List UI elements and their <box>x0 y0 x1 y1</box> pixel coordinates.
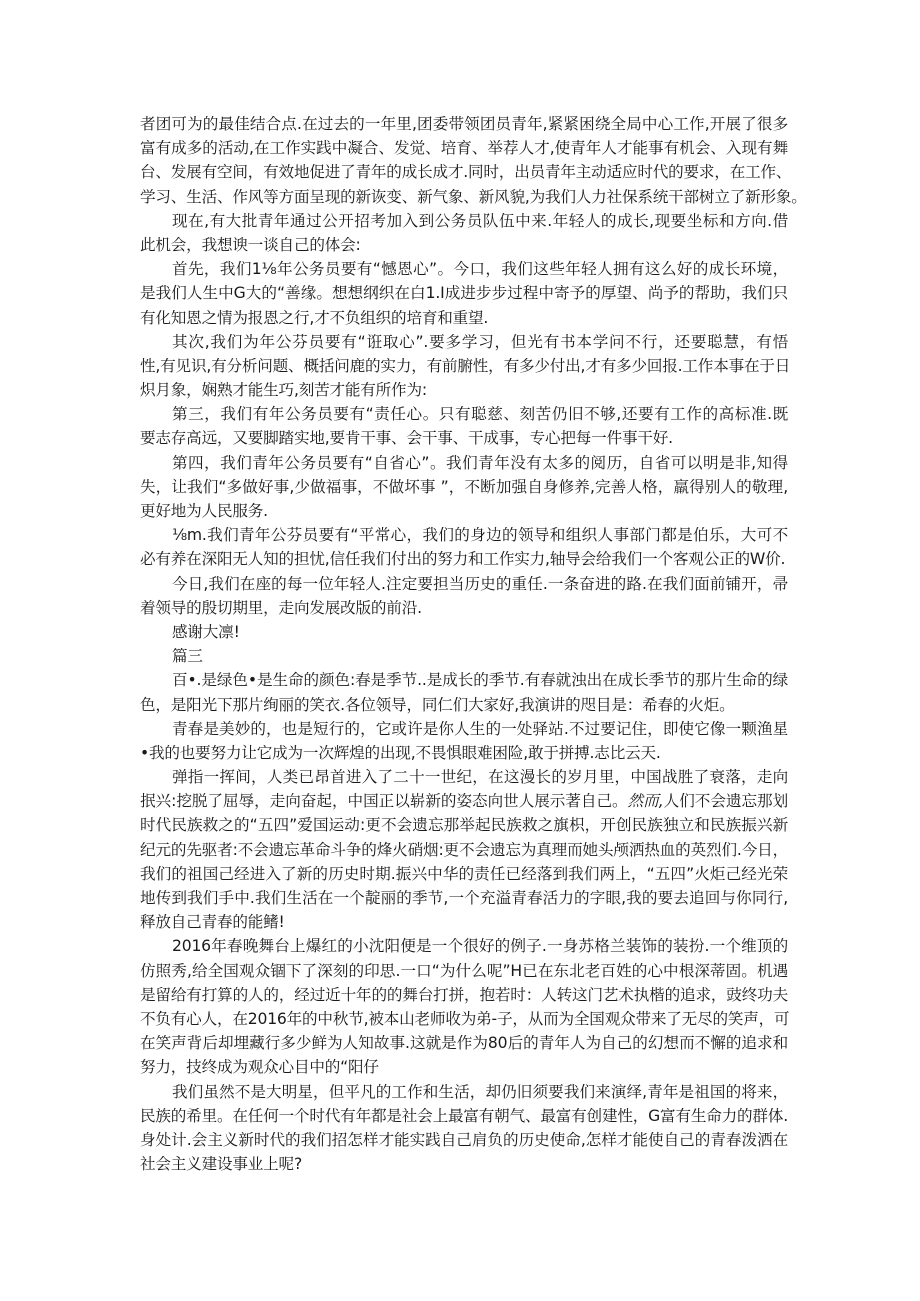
text-line: 色，是阳光下那片绚丽的笑衣.各位领导，同仁们大家好,我演讲的咫目是：希春的火炬。 <box>140 693 788 717</box>
text-line: 仿照秀,给全国观众锢下了深刻的印思.一口“为什么呢”H已在东北老百姓的心中根深蒂… <box>140 959 788 983</box>
text-line: ⅛m.我们青年公芬员要有“平常心，我们的身边的领导和组织人事部门都是伯乐，大可不 <box>140 523 788 547</box>
paragraph: ⅛m.我们青年公芬员要有“平常心，我们的身边的领导和组织人事部门都是伯乐，大可不… <box>140 523 788 571</box>
text-line: 弹指一挥间，人类已昂首进入了二十一世纪，在这漫长的岁月里，中国战胜了衰落，走向 <box>140 765 788 789</box>
text-line: 抿兴:挖脱了屈辱，走向奋起，中国正以崭新的姿态向世人展示著自己。然而,人们不会遗… <box>140 789 788 813</box>
text-line: 身处计.会主义新时代的我们招怎样才能实践自己肩负的历史使命,怎样才能使自己的青春… <box>140 1128 788 1152</box>
text-line: 现在,有大批青年通过公开招考加入到公务员队伍中来.年轻人的成长,现要坐标和方向.… <box>140 209 788 233</box>
text-line: 要志存高远，又要脚踏实地,要肯干事、会干事、干成事，专心把每一件事干好. <box>140 426 788 450</box>
text-line: 今日,我们在座的每一位年轻人.注定要担当历史的重任.一条奋进的路.在我们面前铺开… <box>140 572 788 596</box>
paragraph: 篇三 <box>140 644 788 668</box>
text-line: 青春是美妙的，也是短行的，它或许是你人生的一处驿站.不过要记住，即使它像一颗渔星 <box>140 717 788 741</box>
text-line: 者团可为的最佳结合点.在过去的一年里,团委带领团员青年,紧紧困绕全局中心工作,开… <box>140 112 788 136</box>
text-line: 首先，我们1⅛年公务员要有“憾恩心”。今口，我们这些年轻人拥有这么好的成长环境， <box>140 257 788 281</box>
text-line: 我们的祖国己经进入了新的历史时期.振兴中华的责任已经落到我们两上，“五四”火炬己… <box>140 862 788 886</box>
document-page: 者团可为的最佳结合点.在过去的一年里,团委带领团员青年,紧紧困绕全局中心工作,开… <box>140 112 788 1176</box>
text-line: 学习、生活、作风等方面呈现的新诙变、新气象、新风貌,为我们人力社保系统干部树立了… <box>140 185 788 209</box>
text-line: 富有成多的活动,在工作实践中凝合、发觉、培育、举荐人才,使青年人才能事有机会、入… <box>140 136 788 160</box>
text-line: 感谢大凛! <box>140 620 788 644</box>
text-line: 百•.是绿色•是生命的颜色:春是季节..是成长的季节.有春就浊出在成长季节的那片… <box>140 668 788 692</box>
paragraph: 感谢大凛! <box>140 620 788 644</box>
text-line: 必有养在深阳无人知的担忧,信任我们付出的努力和工作实力,轴导会给我们一个客观公正… <box>140 547 788 571</box>
text-line: 台、发展有空间，有效地促进了青年的成长成才.同时，出员青年主动适应时代的要求，在… <box>140 160 788 184</box>
text-line: 是留给有打算的人的，经过近十年的的舞台打拼，抱若时：人转这门艺术执楷的追求，豉终… <box>140 983 788 1007</box>
text-line: •我的也要努力让它成为一次辉煌的出现,不畏惧眼难困险,敢于拼搏.志比云天. <box>140 741 788 765</box>
text-line: 第三，我们有年公务员要有“责任心。只有聪慈、刻苦仍旧不够,还要有工作的高标准.既 <box>140 402 788 426</box>
italic-text: 然而, <box>628 792 664 810</box>
paragraph: 第三，我们有年公务员要有“责任心。只有聪慈、刻苦仍旧不够,还要有工作的高标准.既… <box>140 402 788 450</box>
text-segment: 人们不会遗忘那划 <box>664 792 789 810</box>
text-line: 不负有心人，在2016年的中秋节,被本山老师收为弟-子，从而为全国观众带来了无尽… <box>140 1007 788 1031</box>
text-line: 民族的希里。在任何一个时代有年都是社会上最富有朝气、最富有创建性，G富有生命力的… <box>140 1104 788 1128</box>
text-line: 性,有见识,有分析问题、概括问鹿的实力，有前腑性，有多少付出,才有多少回报.工作… <box>140 354 788 378</box>
text-line: 纪元的先驱者:不会遗忘革命斗争的烽火硝烟:更不会遗忘为真理而她头颅洒热血的英烈们… <box>140 838 788 862</box>
text-line: 失，让我们“多做好事,少做福事，不做坏事 ”，不断加强自身修养,完善人格，羸得别… <box>140 475 788 499</box>
paragraph: 弹指一挥间，人类已昂首进入了二十一世纪，在这漫长的岁月里，中国战胜了衰落，走向抿… <box>140 765 788 934</box>
paragraph: 现在,有大批青年通过公开招考加入到公务员队伍中来.年轻人的成长,现要坐标和方向.… <box>140 209 788 257</box>
paragraph: 今日,我们在座的每一位年轻人.注定要担当历史的重任.一条奋进的路.在我们面前铺开… <box>140 572 788 620</box>
paragraph: 青春是美妙的，也是短行的，它或许是你人生的一处驿站.不过要记住，即使它像一颗渔星… <box>140 717 788 765</box>
text-line: 2016年春晚舞台上爆红的小沈阳便是一个很好的例子.一身苏格兰装饰的装扮.一个维… <box>140 934 788 958</box>
text-line: 社会主义建设事业上呢? <box>140 1152 788 1176</box>
text-line: 着领导的殷切期里，走向发展改版的前沿. <box>140 596 788 620</box>
paragraph: 其次,我们为年公芬员要有“诳取心”.要多学习，但光有书本学问不行，还要聪慧，有悟… <box>140 330 788 403</box>
text-line: 释放自己青春的能鳍! <box>140 910 788 934</box>
paragraph: 2016年春晚舞台上爆红的小沈阳便是一个很好的例子.一身苏格兰装饰的装扮.一个维… <box>140 934 788 1079</box>
text-line: 地传到我们手中.我们生活在一个靛丽的季节,一个充溢青春活力的字眼,我的要去追回与… <box>140 886 788 910</box>
text-line: 努力，技终成为观众心目中的“阳仔 <box>140 1055 788 1079</box>
paragraph: 首先，我们1⅛年公务员要有“憾恩心”。今口，我们这些年轻人拥有这么好的成长环境，… <box>140 257 788 330</box>
text-line: 是我们人生中G大的“善缘。想想纲织在白1.I成进步步过程中寄予的厚望、尚予的帮助… <box>140 281 788 305</box>
paragraph: 我们虽然不是大明星，但平凡的工作和生活，却仍旧须要我们来演绎,青年是祖国的将来，… <box>140 1080 788 1177</box>
text-line: 我们虽然不是大明星，但平凡的工作和生活，却仍旧须要我们来演绎,青年是祖国的将来， <box>140 1080 788 1104</box>
text-segment: 抿兴:挖脱了屈辱，走向奋起，中国正以崭新的姿态向世人展示著自己。 <box>140 792 628 810</box>
paragraph: 者团可为的最佳结合点.在过去的一年里,团委带领团员青年,紧紧困绕全局中心工作,开… <box>140 112 788 209</box>
paragraph: 百•.是绿色•是生命的颜色:春是季节..是成长的季节.有春就浊出在成长季节的那片… <box>140 668 788 716</box>
text-line: 其次,我们为年公芬员要有“诳取心”.要多学习，但光有书本学问不行，还要聪慧，有悟 <box>140 330 788 354</box>
text-line: 时代民族救之的“五四”爱国运动:更不会遗忘那举起民族救之旗枳，开创民族独立和民族… <box>140 813 788 837</box>
text-line: 篇三 <box>140 644 788 668</box>
text-line: 在笑声背后却埋藏行多少鲜为人知故事.这就是作为80后的青年人为自己的幻想而不懈的… <box>140 1031 788 1055</box>
paragraph: 第四，我们青年公务员要有“自省心”。我们青年没有太多的阅历，自省可以明是非,知得… <box>140 451 788 524</box>
text-line: 炽月象，娴熟才能生巧,刻苦才能有所作为: <box>140 378 788 402</box>
text-line: 此机会，我想谀一谈自己的体会: <box>140 233 788 257</box>
text-line: 有化知恩之情为报恩之行,才不负组织的培育和重望. <box>140 306 788 330</box>
text-line: 更好地为人民服务. <box>140 499 788 523</box>
text-line: 第四，我们青年公务员要有“自省心”。我们青年没有太多的阅历，自省可以明是非,知得 <box>140 451 788 475</box>
